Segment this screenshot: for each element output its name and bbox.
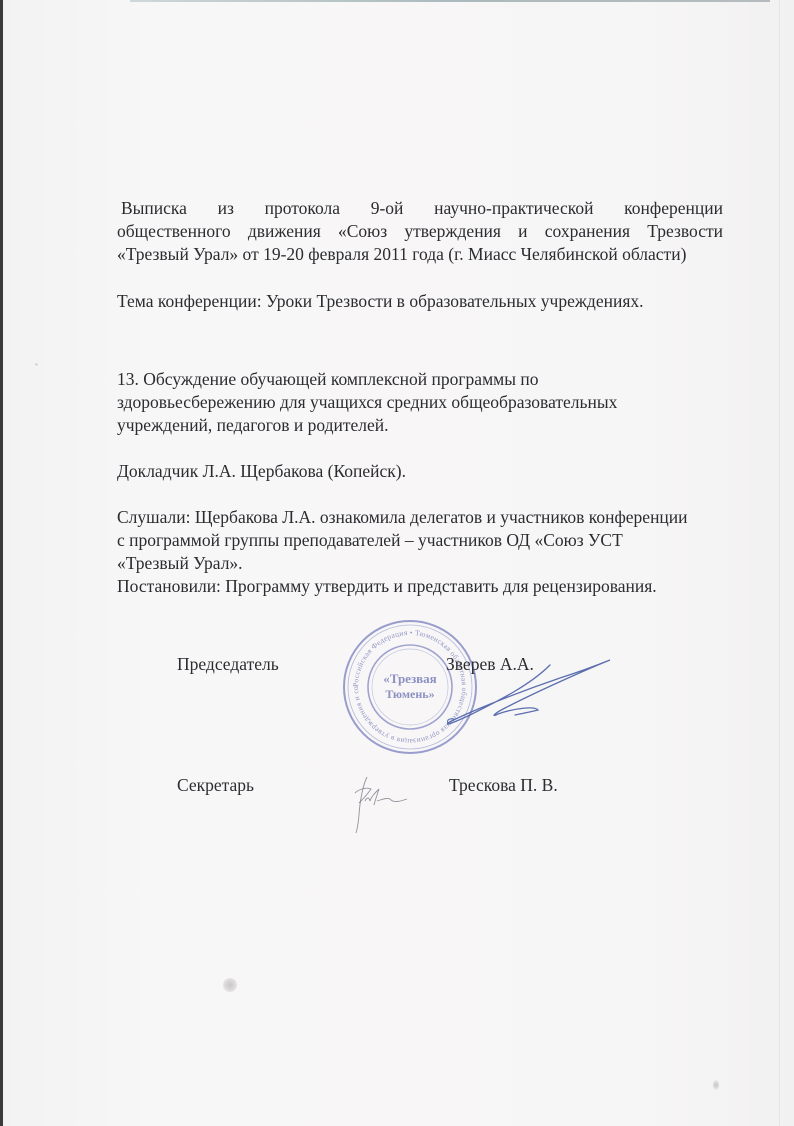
- conference-theme: Тема конференции: Уроки Трезвости в обра…: [117, 290, 644, 313]
- heard-line-1: Слушали: Щербакова Л.А. ознакомила делег…: [117, 506, 688, 529]
- scan-speck: [35, 363, 38, 366]
- agenda-item-line-3: учреждений, педагогов и родителей.: [117, 414, 389, 437]
- resolution-line: Постановили: Программу утвердить и предс…: [117, 575, 657, 598]
- scan-edge-top: [130, 0, 770, 2]
- agenda-item-line-1: 13. Обсуждение обучающей комплексной про…: [117, 368, 538, 391]
- secretary-signature-icon: [345, 775, 415, 835]
- header-line-3: «Трезвый Урал» от 19-20 февраля 2011 год…: [117, 243, 723, 266]
- agenda-item-line-2: здоровьесбережению для учащихся средних …: [117, 391, 617, 414]
- chairman-signature-icon: [420, 640, 620, 730]
- header-line-2: общественного движения «Союз утверждения…: [117, 220, 723, 243]
- scan-edge-right: [779, 0, 780, 1126]
- secretary-role: Секретарь: [177, 774, 254, 797]
- header-line-1: Выписка из протокола 9-ой научно-практич…: [117, 197, 723, 220]
- protocol-header: Выписка из протокола 9-ой научно-практич…: [117, 197, 723, 266]
- speaker-line: Докладчик Л.А. Щербакова (Копейск).: [117, 460, 406, 483]
- scanned-page: Выписка из протокола 9-ой научно-практич…: [0, 0, 794, 1126]
- secretary-name: Трескова П. В.: [449, 774, 558, 797]
- scan-speck: [713, 1080, 719, 1090]
- heard-line-2: с программой группы преподавателей – уча…: [117, 529, 623, 552]
- chairman-role: Председатель: [177, 653, 279, 676]
- heard-line-3: «Трезвый Урал».: [117, 552, 243, 575]
- scan-speck: [223, 978, 237, 992]
- scan-edge-left: [0, 0, 3, 1126]
